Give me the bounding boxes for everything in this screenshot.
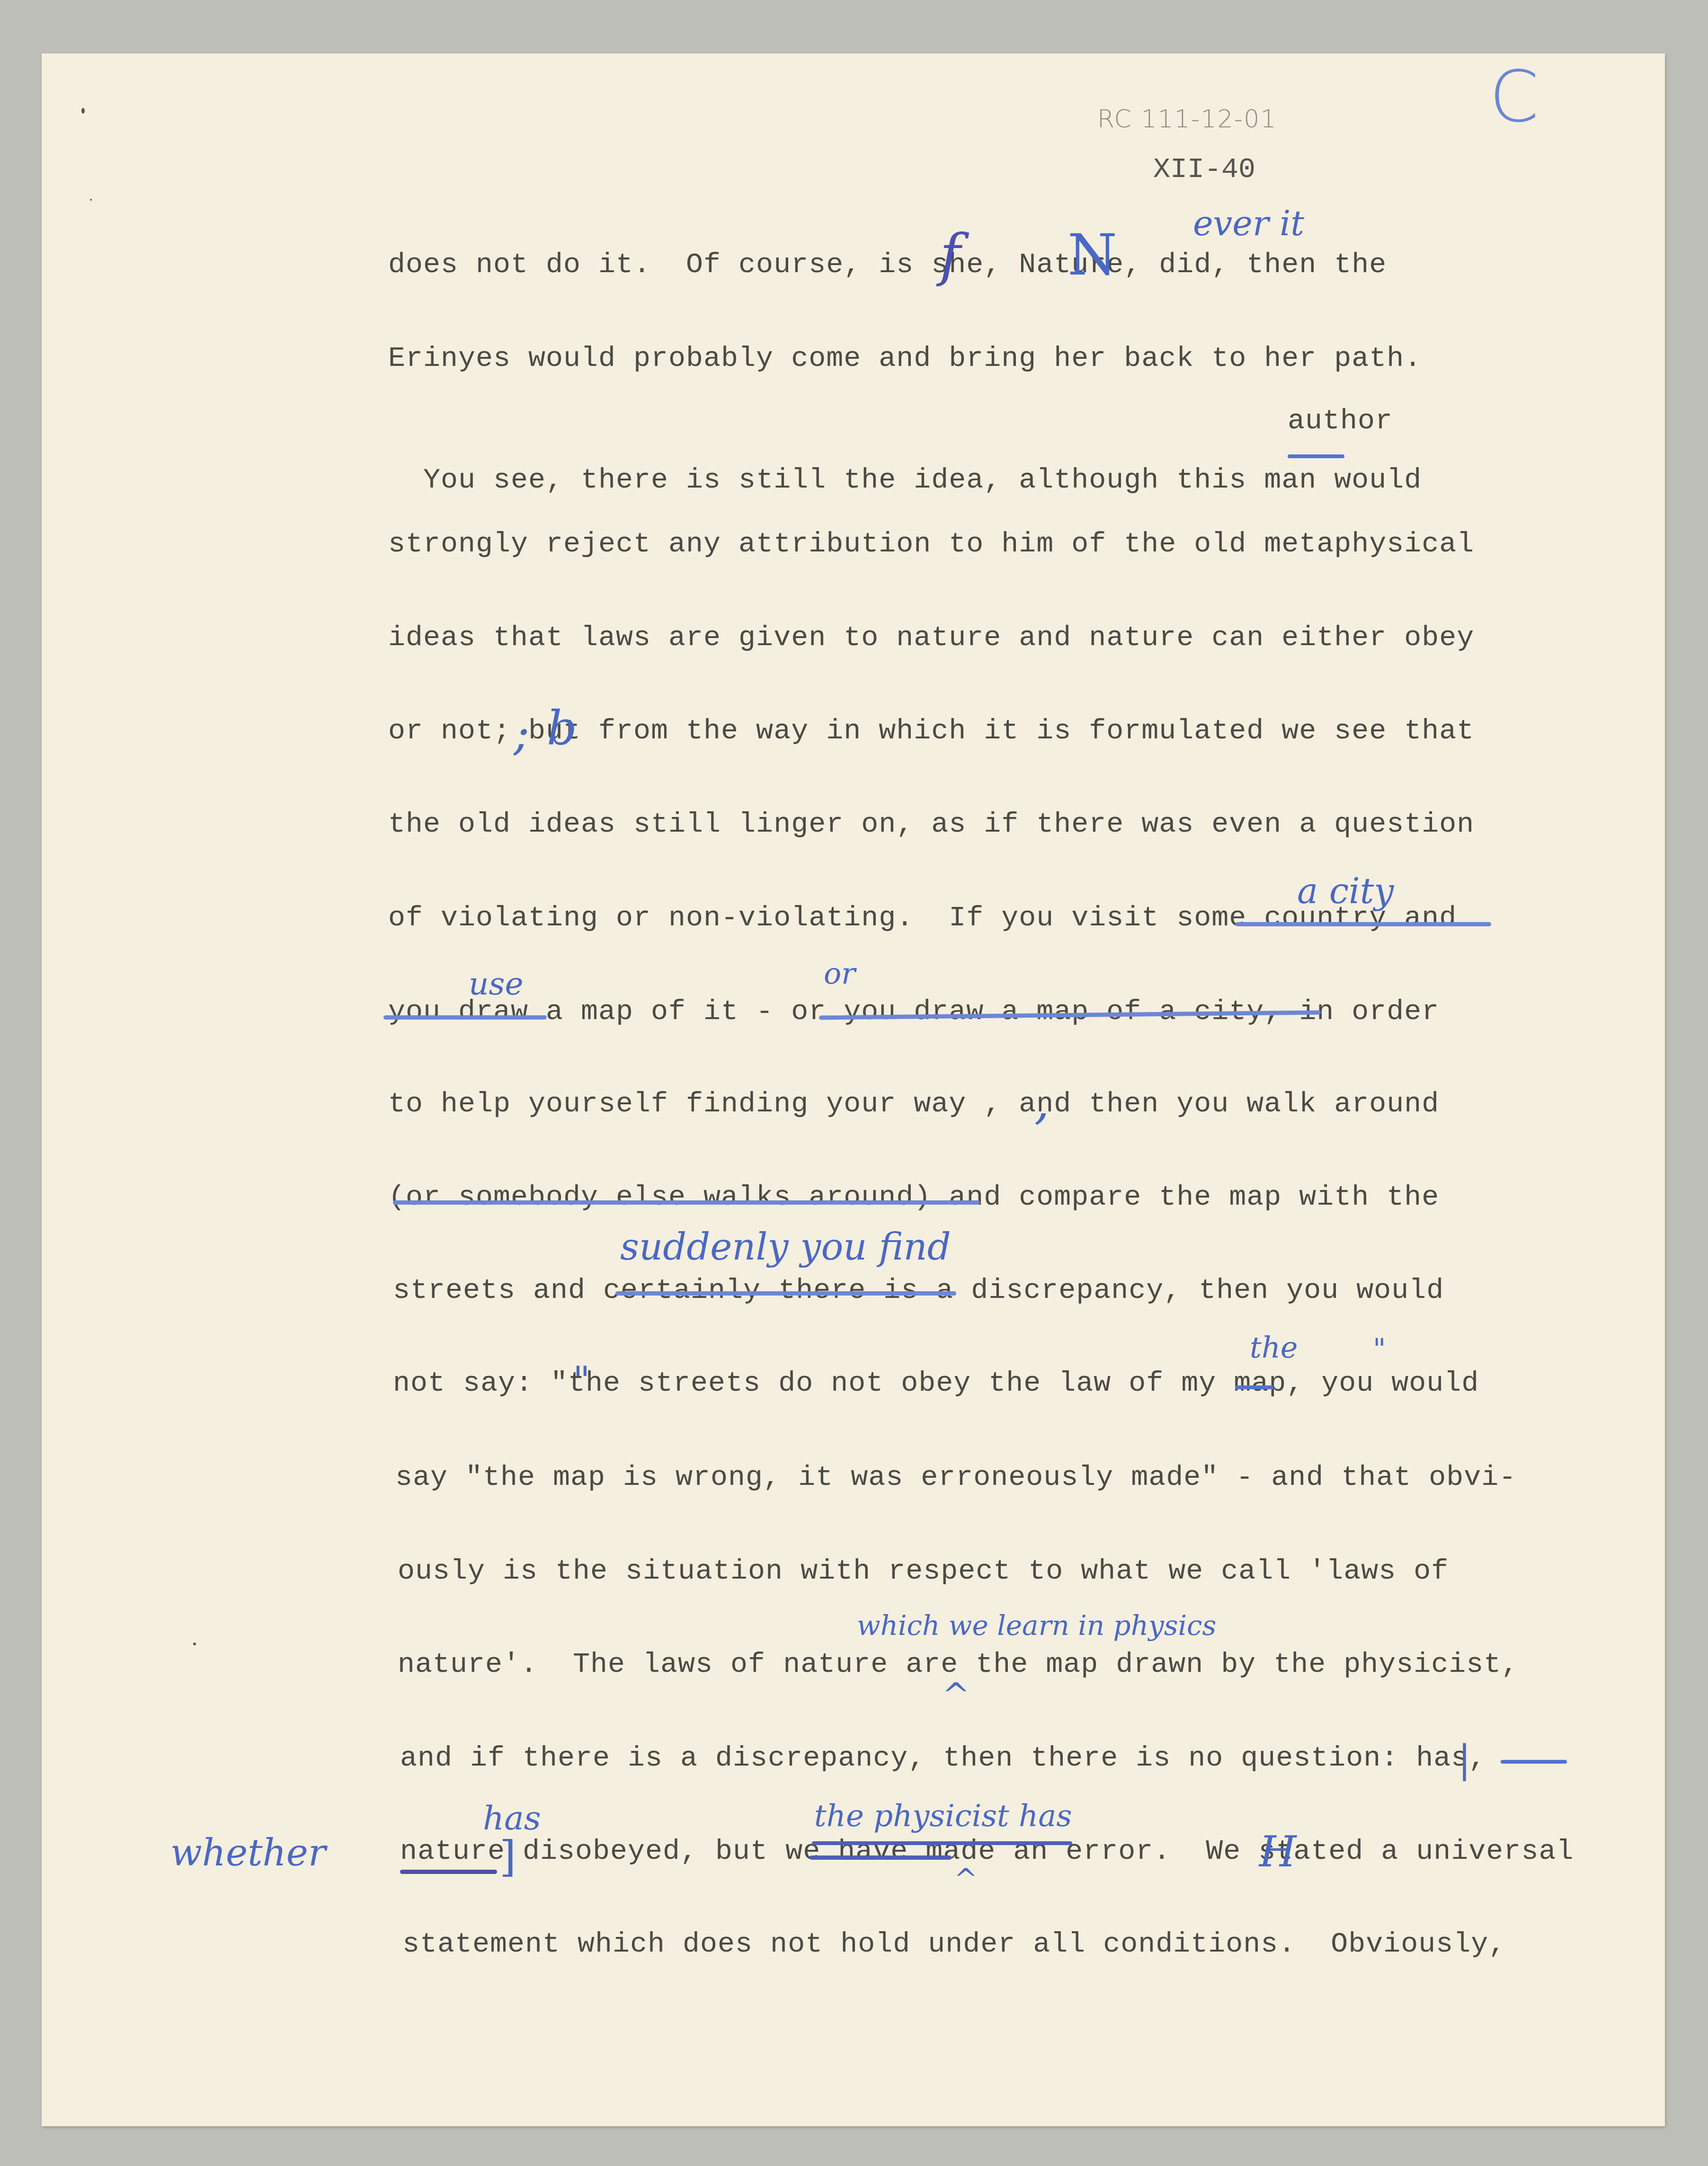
strikethrough-man — [1288, 454, 1344, 458]
handwritten-H: H — [1259, 1827, 1297, 1877]
strikethrough-has — [1501, 1760, 1567, 1764]
handwritten-use: use — [469, 966, 523, 1002]
handwritten-which-we-learn-in-physics: which we learn in physics — [857, 1609, 1216, 1642]
strikethrough-we-have — [810, 1855, 952, 1860]
paper-speck — [193, 1642, 196, 1645]
handwritten-or: or — [824, 956, 855, 991]
paper-speck — [90, 199, 92, 201]
handwritten-whether: whether — [170, 1832, 326, 1874]
handwritten-b: b — [547, 701, 577, 756]
text-line: does not do it. Of course, is she, Natur… — [388, 251, 1387, 279]
strikethrough-or-somebody-else — [393, 1200, 980, 1205]
strikethrough-you-draw — [383, 1015, 547, 1020]
handwritten-the-physicist-has: the physicist has — [814, 1799, 1072, 1834]
handwritten-open-quote: " — [573, 1358, 590, 1403]
handwritten-f: f — [940, 222, 961, 288]
text-line: to help yourself finding your way , and … — [388, 1090, 1439, 1119]
handwritten-close-quote: " — [1373, 1332, 1386, 1366]
strikethrough-my — [1236, 1385, 1273, 1389]
handwritten-N: N — [1067, 222, 1117, 288]
strikethrough-certainly-there-is — [615, 1291, 956, 1296]
handwritten-a-city: a city — [1297, 871, 1394, 912]
handwritten-colon: | — [1458, 1737, 1471, 1781]
text-line: of violating or non-violating. If you vi… — [388, 904, 1457, 932]
text-line: You see, there is still the idea, althou… — [388, 438, 1422, 495]
handwritten-the: the — [1250, 1330, 1298, 1365]
text-line: the old ideas still linger on, as if the… — [388, 810, 1474, 839]
text-line: not say: "the streets do not obey the la… — [393, 1369, 1479, 1398]
handwritten-caret: ^ — [942, 1676, 970, 1714]
paper-speck — [81, 108, 85, 114]
text-line: nature'. The laws of nature are the map … — [398, 1651, 1519, 1679]
handwritten-comma: , — [1034, 1074, 1050, 1130]
handwritten-semicolon: ; — [514, 705, 530, 761]
archive-reference: RC 111-12-01 — [1097, 105, 1277, 133]
text-line: statement which does not hold under all … — [402, 1930, 1506, 1959]
handwritten-bracket: ] — [499, 1832, 516, 1882]
text-line: and if there is a discrepancy, then ther… — [400, 1744, 1486, 1773]
text-line: Erinyes would probably come and bring he… — [388, 345, 1422, 373]
strikethrough-some-country — [1236, 922, 1491, 926]
text-line: streets and certainly there is a discrep… — [393, 1277, 1444, 1305]
page-number: XII-40 — [1153, 154, 1255, 186]
text-line: ideas that laws are given to nature and … — [388, 624, 1474, 652]
handwritten-caret: ^ — [954, 1863, 978, 1896]
handwritten-ever-it: ever it — [1193, 204, 1304, 243]
text-line: strongly reject any attribution to him o… — [388, 530, 1474, 559]
typed-insertion-author: author — [1288, 407, 1393, 435]
line-3-pre: You see, there is still the idea, althou… — [423, 464, 1422, 497]
underline-nature — [400, 1870, 497, 1874]
text-line: (or somebody else walks around) and comp… — [388, 1183, 1439, 1212]
corner-mark: C — [1489, 56, 1539, 138]
text-line: say "the map is wrong, it was erroneousl… — [395, 1464, 1516, 1492]
text-line: ously is the situation with respect to w… — [398, 1557, 1449, 1586]
underline-the-physicist — [812, 1841, 1072, 1845]
handwritten-suddenly-you-find: suddenly you find — [620, 1226, 951, 1269]
